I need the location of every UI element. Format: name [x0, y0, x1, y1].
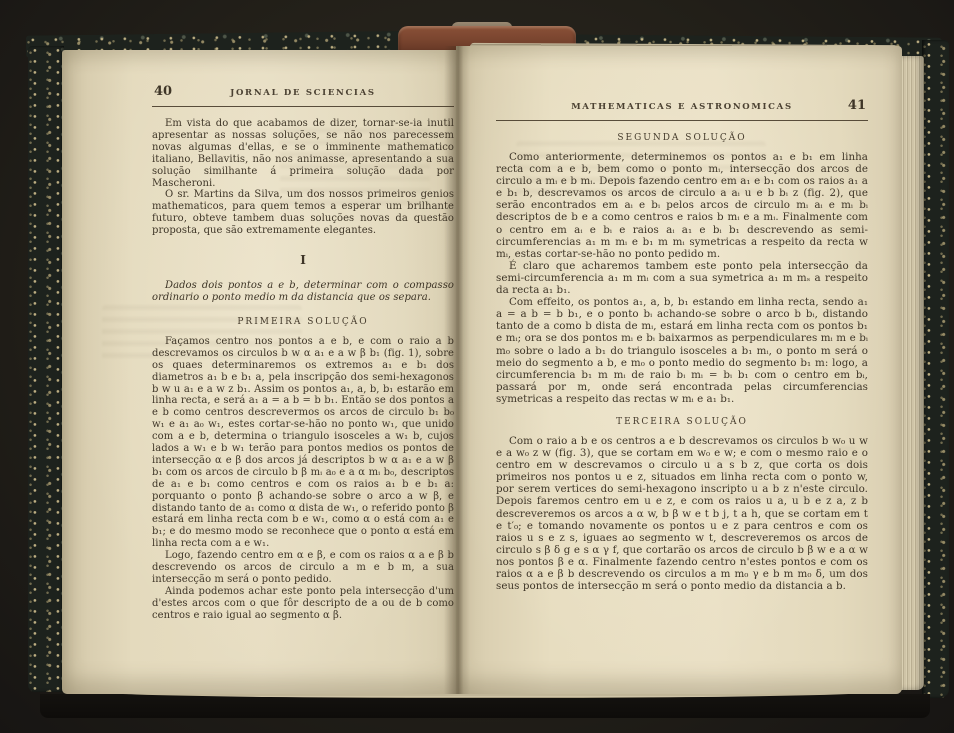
- right-running-title: MATHEMATICAS E ASTRONOMICAS: [496, 102, 868, 112]
- book-cover-right-edge: [922, 40, 949, 698]
- book-gutter: [444, 46, 470, 694]
- solution3-heading: TERCEIRA SOLUÇÃO: [496, 417, 868, 427]
- right-page-body: SEGUNDA SOLUÇÃO Como anteriormente, dete…: [496, 133, 868, 592]
- left-page-body: Em vista do que acabamos de dizer, torna…: [152, 118, 454, 622]
- paragraph: Com o raio a b e os centros a e b descre…: [496, 435, 868, 592]
- left-page: 40 JORNAL DE SCIENCIAS Em vista do que a…: [62, 50, 456, 694]
- right-page-number: 41: [848, 98, 866, 113]
- left-header-rule: [152, 106, 454, 107]
- paragraph: O sr. Martins da Silva, um dos nossos pr…: [152, 189, 454, 237]
- paragraph: Com effeito, os pontos a₁, a, b, b₁ esta…: [496, 296, 868, 405]
- solution2-heading: SEGUNDA SOLUÇÃO: [496, 133, 868, 143]
- solution1-heading: PRIMEIRA SOLUÇÃO: [152, 317, 454, 327]
- paragraph: Em vista do que acabamos de dizer, torna…: [152, 118, 454, 189]
- section-numeral: I: [152, 253, 454, 267]
- paragraph: Ainda podemos achar este ponto pela inte…: [152, 586, 454, 622]
- photo-background: 40 JORNAL DE SCIENCIAS Em vista do que a…: [0, 0, 954, 733]
- right-page: MATHEMATICAS E ASTRONOMICAS 41 SEGUNDA S…: [456, 46, 902, 694]
- problem-statement: Dados dois pontos a e b, determinar com …: [152, 280, 454, 304]
- left-running-title: JORNAL DE SCIENCIAS: [152, 88, 454, 98]
- paragraph: Logo, fazendo centro em α e β, e com os …: [152, 550, 454, 586]
- left-page-header: 40 JORNAL DE SCIENCIAS: [152, 88, 454, 103]
- left-page-number: 40: [154, 84, 172, 99]
- right-header-rule: [496, 120, 868, 121]
- paragraph: Como anteriormente, determinemos os pont…: [496, 151, 868, 260]
- paragraph: Façamos centro nos pontos a e b, e com o…: [152, 336, 454, 550]
- right-page-header: MATHEMATICAS E ASTRONOMICAS 41: [496, 102, 868, 117]
- paragraph: É claro que acharemos tambem este ponto …: [496, 260, 868, 296]
- book-cover-left-edge: [28, 46, 64, 692]
